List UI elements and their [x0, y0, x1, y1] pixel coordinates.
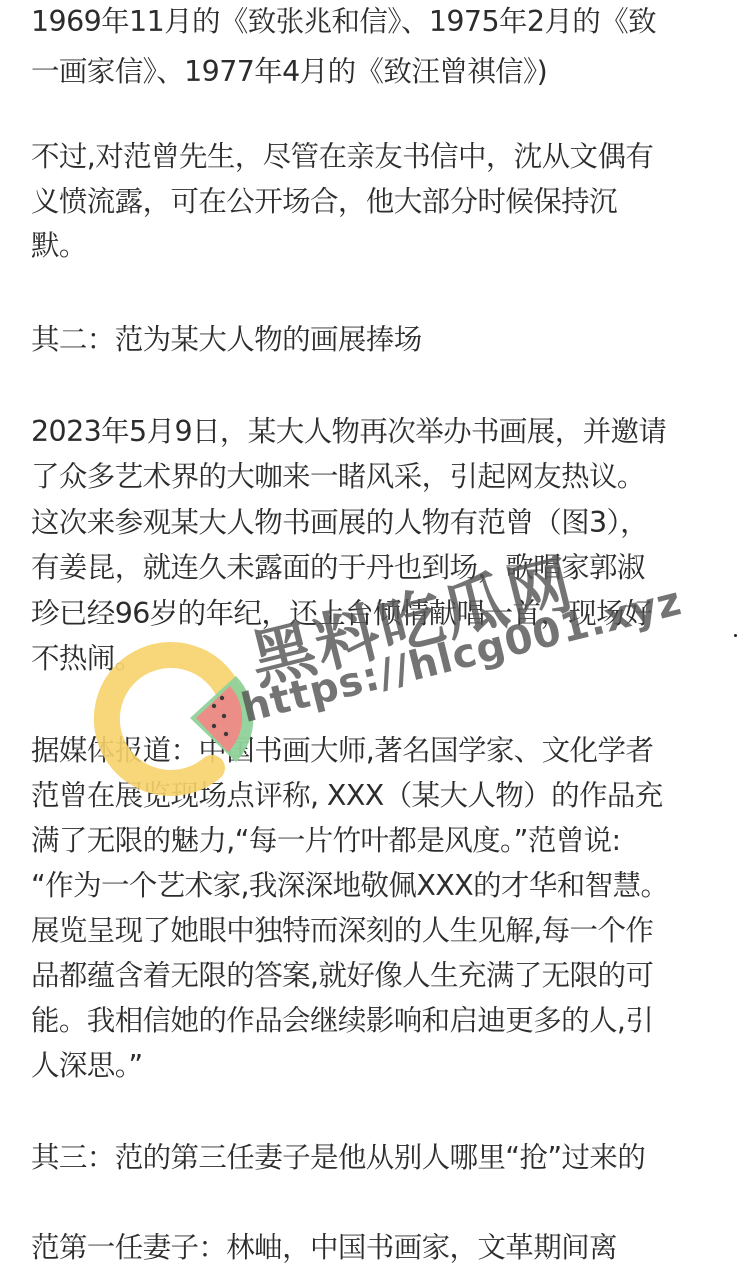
text-line: 义愤流露，可在公开场合，他大部分时候保持沉 — [31, 182, 617, 222]
text-line: 珍已经96岁的年纪，还上台倾情献唱一首，现场好 — [31, 594, 652, 634]
text-line: 有姜昆，就连久未露面的于丹也到场，歌唱家郭淑 — [31, 548, 645, 588]
text-line: 能。我相信她的作品会继续影响和启迪更多的人,引 — [31, 1001, 653, 1041]
stray-dot — [734, 634, 737, 637]
text-line: 满了无限的魅力,“每一片竹叶都是风度。”范曾说: — [31, 821, 621, 861]
text-line: “作为一个艺术家,我深深地敬佩XXX的才华和智慧。 — [31, 866, 668, 906]
text-line: 2023年5月9日，某大人物再次举办书画展，并邀请 — [31, 412, 666, 452]
text-line: 人深思。” — [31, 1046, 143, 1086]
section-heading: 其二：范为某大人物的画展捧场 — [31, 320, 422, 360]
text-line: 不过,对范曾先生，尽管在亲友书信中，沈从文偶有 — [31, 137, 653, 177]
text-line: 展览呈现了她眼中独特而深刻的人生见解,每一个作 — [31, 911, 653, 951]
text-line: 一画家信》、1977年4月的《致汪曾祺信》) — [31, 52, 547, 92]
text-line: 范曾在展览现场点评称, XXX（某大人物）的作品充 — [31, 776, 663, 816]
text-line: 据媒体报道：中国书画大师,著名国学家、文化学者 — [31, 731, 653, 771]
section-heading: 其三：范的第三任妻子是他从别人哪里“抢”过来的 — [31, 1138, 645, 1178]
text-line: 不热闹。 — [31, 639, 143, 679]
text-line: 1969年11月的《致张兆和信》、1975年2月的《致 — [31, 2, 656, 42]
text-line: 品都蕴含着无限的答案,就好像人生充满了无限的可 — [31, 956, 653, 996]
text-line: 这次来参观某大人物书画展的人物有范曾（图3）， — [31, 503, 648, 543]
text-line: 了众多艺术界的大咖来一睹风采，引起网友热议。 — [31, 457, 645, 497]
text-line: 默。 — [31, 226, 87, 266]
text-line: 范第一任妻子：林岫，中国书画家，文革期间离 — [31, 1228, 617, 1268]
